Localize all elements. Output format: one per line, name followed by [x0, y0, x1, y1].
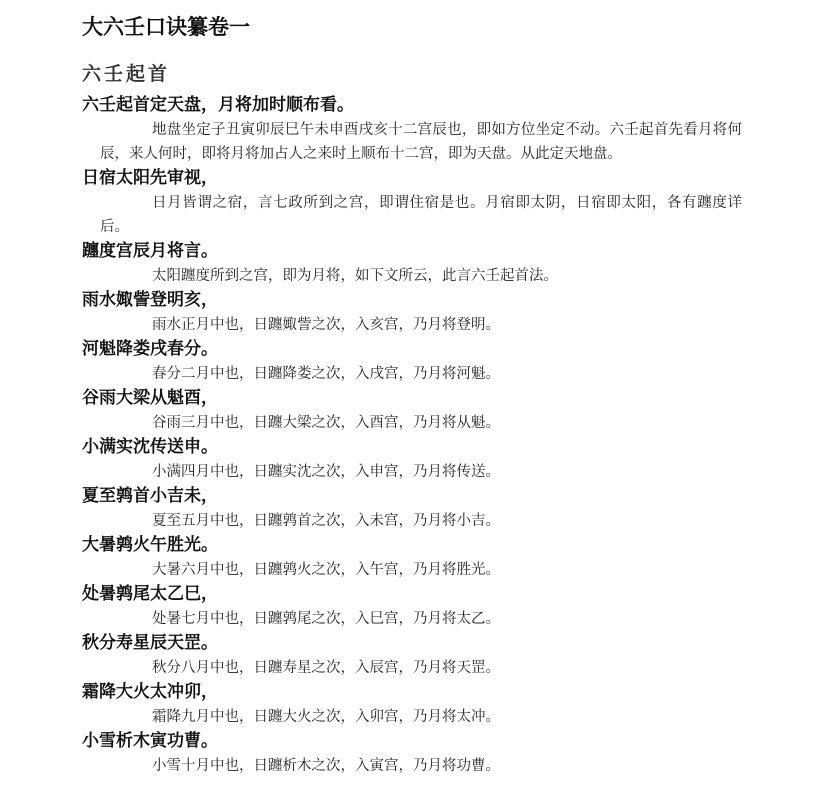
commentary: 春分二月中也，日躔降娄之次，入戌宫，乃月将河魁。 — [82, 362, 742, 386]
commentary: 夏至五月中也，日躔鹑首之次，入未宫，乃月将小吉。 — [82, 509, 742, 533]
verse-line: 躔度宫辰月将言。 — [82, 239, 742, 264]
verse-line: 秋分寿星辰天罡。 — [82, 631, 742, 656]
verse-line: 小雪析木寅功曹。 — [82, 729, 742, 754]
commentary: 雨水正月中也，日躔娵訾之次，入亥宫，乃月将登明。 — [82, 313, 742, 337]
verse-entry: 雨水娵訾登明亥， 雨水正月中也，日躔娵訾之次，入亥宫，乃月将登明。 — [82, 288, 742, 337]
verse-line: 日宿太阳先审视， — [82, 166, 742, 191]
commentary: 秋分八月中也，日躔寿星之次，入辰宫，乃月将天罡。 — [82, 656, 742, 680]
verse-entry: 处暑鹑尾太乙巳， 处暑七月中也，日躔鹑尾之次，入巳宫，乃月将太乙。 — [82, 582, 742, 631]
section-title: 六壬起首 — [82, 55, 742, 93]
commentary: 日月皆谓之宿，言七政所到之宫，即谓住宿是也。月宿即太阴，日宿即太阳，各有躔度详后… — [82, 191, 742, 239]
verse-entry: 夏至鹑首小吉未， 夏至五月中也，日躔鹑首之次，入未宫，乃月将小吉。 — [82, 484, 742, 533]
verse-line: 霜降大火太冲卯， — [82, 680, 742, 705]
commentary: 谷雨三月中也，日躔大梁之次，入酉宫，乃月将从魁。 — [82, 411, 742, 435]
verse-line: 小满实沈传送申。 — [82, 435, 742, 460]
document-page: 大六壬口诀纂卷一 六壬起首 六壬起首定天盘，月将加时顺布看。 地盘坐定子丑寅卯辰… — [82, 0, 742, 778]
document-title: 大六壬口诀纂卷一 — [82, 0, 742, 55]
commentary: 小雪十月中也，日躔析木之次，入寅宫，乃月将功曹。 — [82, 754, 742, 778]
commentary: 地盘坐定子丑寅卯辰巳午未申酉戌亥十二宫辰也，即如方位坐定不动。六壬起首先看月将何… — [82, 118, 742, 166]
verse-line: 处暑鹑尾太乙巳， — [82, 582, 742, 607]
commentary: 太阳躔度所到之宫，即为月将，如下文所云，此言六壬起首法。 — [82, 264, 742, 288]
verse-entry: 秋分寿星辰天罡。 秋分八月中也，日躔寿星之次，入辰宫，乃月将天罡。 — [82, 631, 742, 680]
verse-line: 河魁降娄戌春分。 — [82, 337, 742, 362]
verse-line: 谷雨大梁从魁酉， — [82, 386, 742, 411]
commentary: 小满四月中也，日躔实沈之次，入申宫，乃月将传送。 — [82, 460, 742, 484]
verse-entry: 躔度宫辰月将言。 太阳躔度所到之宫，即为月将，如下文所云，此言六壬起首法。 — [82, 239, 742, 288]
verse-entry: 河魁降娄戌春分。 春分二月中也，日躔降娄之次，入戌宫，乃月将河魁。 — [82, 337, 742, 386]
verse-entry: 小雪析木寅功曹。 小雪十月中也，日躔析木之次，入寅宫，乃月将功曹。 — [82, 729, 742, 778]
commentary: 霜降九月中也，日躔大火之次，入卯宫，乃月将太冲。 — [82, 705, 742, 729]
verse-line: 雨水娵訾登明亥， — [82, 288, 742, 313]
verse-entry: 大暑鹑火午胜光。 大暑六月中也，日躔鹑火之次，入午宫，乃月将胜光。 — [82, 533, 742, 582]
verse-line: 夏至鹑首小吉未， — [82, 484, 742, 509]
verse-entry: 日宿太阳先审视， 日月皆谓之宿，言七政所到之宫，即谓住宿是也。月宿即太阴，日宿即… — [82, 166, 742, 239]
verse-entry: 小满实沈传送申。 小满四月中也，日躔实沈之次，入申宫，乃月将传送。 — [82, 435, 742, 484]
verse-entry: 霜降大火太冲卯， 霜降九月中也，日躔大火之次，入卯宫，乃月将太冲。 — [82, 680, 742, 729]
verse-line: 大暑鹑火午胜光。 — [82, 533, 742, 558]
commentary: 处暑七月中也，日躔鹑尾之次，入巳宫，乃月将太乙。 — [82, 607, 742, 631]
verse-line: 六壬起首定天盘，月将加时顺布看。 — [82, 93, 742, 118]
verse-entry: 谷雨大梁从魁酉， 谷雨三月中也，日躔大梁之次，入酉宫，乃月将从魁。 — [82, 386, 742, 435]
commentary: 大暑六月中也，日躔鹑火之次，入午宫，乃月将胜光。 — [82, 558, 742, 582]
verse-entry: 六壬起首定天盘，月将加时顺布看。 地盘坐定子丑寅卯辰巳午未申酉戌亥十二宫辰也，即… — [82, 93, 742, 166]
